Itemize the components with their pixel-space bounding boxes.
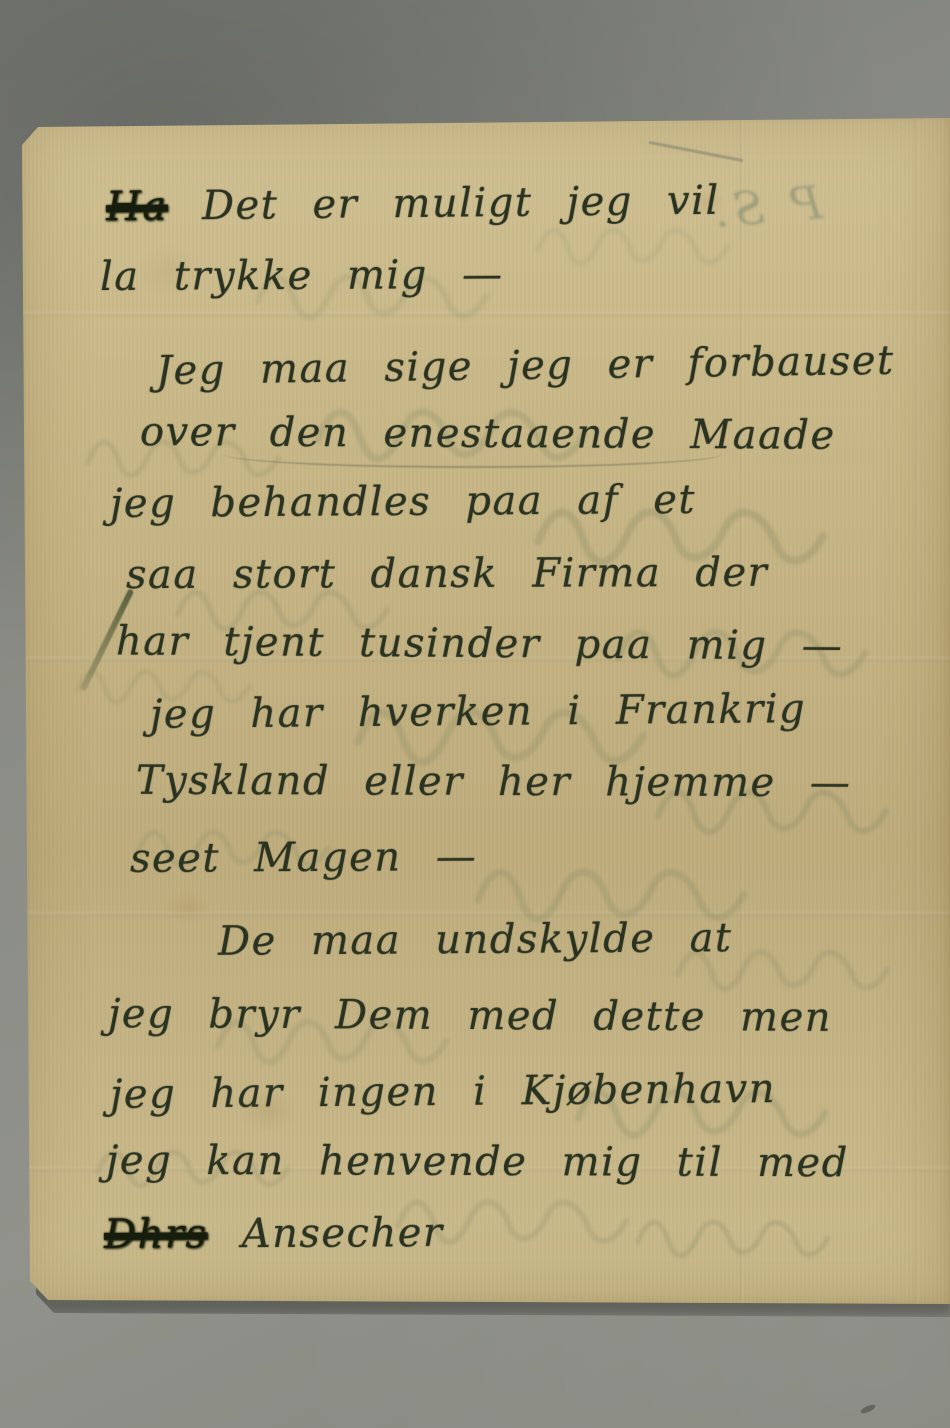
pencil-scratch-mark: [649, 141, 744, 162]
handwritten-line: De maa undskylde at: [218, 916, 733, 964]
letter-photograph: P S. Ha Det er muligt jeg vil la trykke …: [0, 0, 950, 1428]
handwritten-line: seet Magen —: [130, 835, 477, 881]
handwritten-line: jeg har ingen i Kjøbenhavn: [110, 1067, 776, 1117]
line-text: saa stort dansk Firma der: [126, 550, 768, 598]
struck-word: Dhrs: [104, 1211, 208, 1258]
bleed-through-ps-mark: P S.: [706, 179, 824, 235]
handwritten-line: saa stort dansk Firma der: [126, 551, 768, 597]
line-text: De maa undskylde at: [218, 915, 733, 965]
line-text: seet Magen —: [130, 834, 477, 882]
line-text: jeg bryr Dem med dette men: [108, 991, 832, 1041]
line-text: jeg behandles paa af et: [110, 477, 696, 527]
handwritten-line: jeg kan henvende mig til med: [106, 1139, 849, 1186]
handwritten-line: jeg behandles paa af et: [110, 478, 696, 526]
handwritten-line: Ha Det er muligt jeg vil: [106, 179, 720, 229]
line-text: Det er muligt jeg vil: [202, 178, 720, 229]
line-text: har tjent tusinder paa mig —: [116, 618, 844, 669]
line-text: la trykke mig —: [100, 252, 504, 300]
handwritten-line: over den enestaaende Maade: [140, 410, 836, 458]
mat-speck: [859, 1403, 876, 1415]
line-text: jeg kan henvende mig til med: [106, 1138, 849, 1187]
handwritten-line: Jeg maa sige jeg er forbauset: [156, 339, 895, 393]
line-text: Jeg maa sige jeg er forbauset: [156, 338, 895, 394]
horizontal-fold-crease: [18, 912, 950, 916]
handwritten-line: Tyskland eller her hjemme —: [136, 759, 852, 805]
letter-paper: P S. Ha Det er muligt jeg vil la trykke …: [18, 112, 950, 1304]
handwritten-line: har tjent tusinder paa mig —: [116, 619, 844, 668]
line-text: over den enestaaende Maade: [140, 409, 836, 459]
horizontal-fold-crease: [18, 312, 950, 316]
handwritten-line: jeg bryr Dem med dette men: [108, 992, 832, 1040]
line-text: jeg har ingen i Kjøbenhavn: [110, 1066, 776, 1118]
line-text: Tyskland eller her hjemme —: [136, 758, 852, 806]
handwritten-line: la trykke mig —: [100, 253, 504, 299]
handwritten-line: Dhrs Ansecher: [104, 1211, 444, 1257]
vertical-fold-crease: [915, 112, 918, 1304]
struck-word: Ha: [106, 184, 168, 231]
line-text: jeg har hverken i Frankrig: [150, 686, 807, 738]
handwritten-line: jeg har hverken i Frankrig: [150, 687, 806, 737]
line-text: Ansecher: [242, 1210, 444, 1257]
